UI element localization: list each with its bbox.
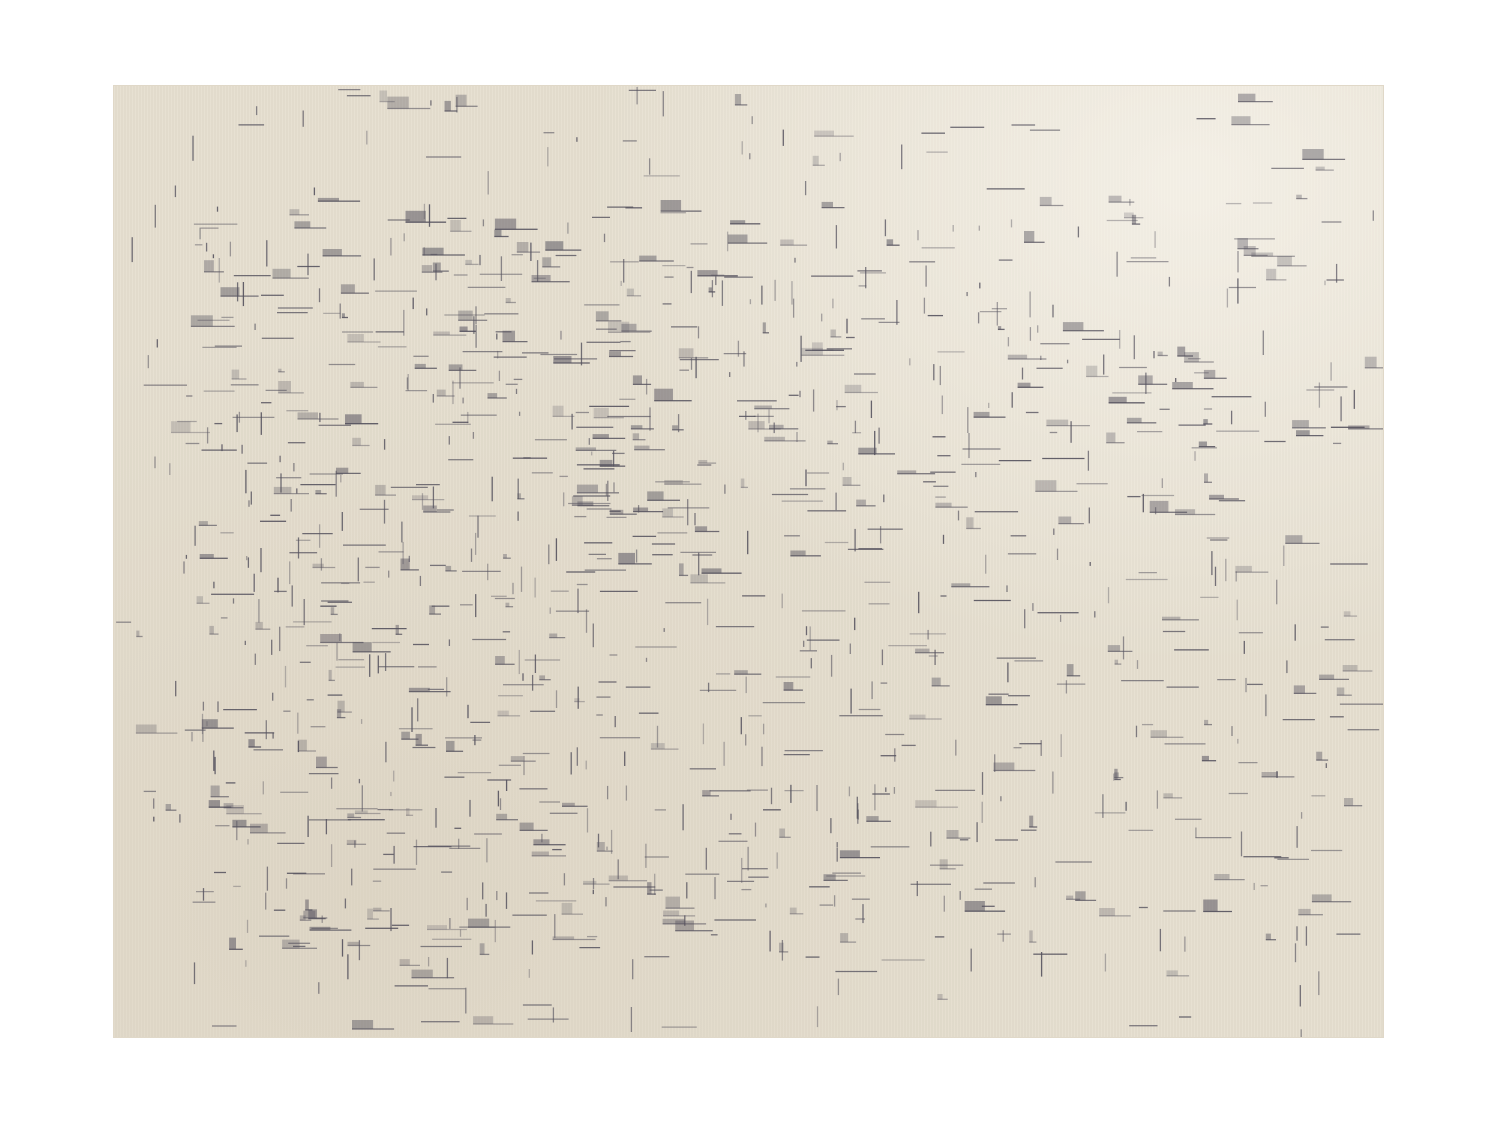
rug-pattern bbox=[114, 86, 1383, 1037]
rug bbox=[114, 86, 1383, 1037]
